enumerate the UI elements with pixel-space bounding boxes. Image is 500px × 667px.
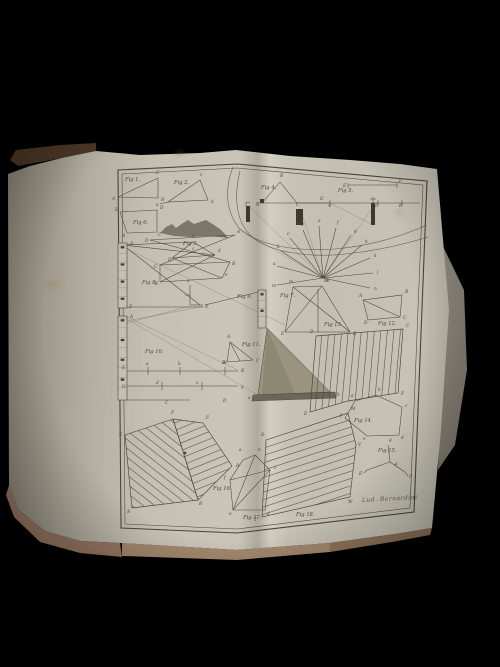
svg-text:c: c [200, 173, 203, 178]
svg-text:n: n [374, 287, 377, 292]
svg-text:f: f [336, 221, 340, 226]
svg-text:b: b [337, 393, 340, 398]
svg-text:e: e [229, 512, 232, 517]
svg-text:g: g [389, 438, 392, 443]
svg-text:Fig 10.: Fig 10. [144, 349, 164, 355]
svg-text:Fig 1.: Fig 1. [124, 177, 141, 183]
svg-text:m: m [289, 280, 293, 285]
svg-text:A: A [111, 197, 115, 202]
svg-text:d: d [218, 249, 221, 254]
svg-text:Fig 12.: Fig 12. [377, 321, 397, 327]
svg-text:Fig 7.: Fig 7. [279, 293, 296, 299]
svg-text:C: C [403, 316, 407, 321]
svg-text:A: A [358, 294, 362, 299]
svg-text:A: A [129, 242, 133, 247]
svg-text:C: C [158, 233, 162, 238]
svg-text:Fig 8.: Fig 8. [141, 280, 158, 286]
svg-text:d: d [156, 381, 159, 386]
svg-text:A: A [121, 234, 125, 239]
figure-fig11: ABCFig 11. [221, 335, 261, 366]
svg-text:Fig 17.: Fig 17. [242, 515, 262, 521]
figure-fig9: XxmMEBFig 9. [185, 279, 356, 337]
figure-fig17: abcdefFig 17. [223, 448, 277, 521]
svg-text:Fig 6.: Fig 6. [132, 220, 149, 226]
svg-text:y: y [240, 385, 244, 390]
figure-fig10: AEOabNdxByCDFig 10. [118, 306, 258, 406]
svg-text:l: l [377, 271, 379, 276]
svg-text:A: A [126, 510, 130, 515]
figure-fig8: AZCDdEeFig 8. [118, 235, 230, 310]
svg-text:b: b [178, 362, 181, 367]
svg-text:D: D [260, 433, 265, 438]
svg-text:A: A [226, 335, 230, 340]
svg-text:Fig 2.: Fig 2. [173, 180, 190, 186]
svg-text:E: E [280, 332, 285, 337]
svg-text:B: B [240, 369, 244, 374]
svg-text:B: B [198, 502, 202, 507]
svg-text:B: B [160, 198, 164, 203]
figure-fig12: ABCDFig 12. [358, 290, 408, 327]
svg-text:a: a [248, 396, 251, 401]
svg-text:d: d [301, 223, 304, 228]
svg-text:C: C [296, 203, 300, 208]
svg-text:C: C [406, 324, 410, 329]
svg-text:W: W [348, 500, 353, 505]
svg-text:f: f [223, 476, 227, 481]
svg-text:h: h [365, 240, 368, 245]
svg-text:c: c [405, 404, 408, 409]
svg-text:a: a [273, 262, 276, 267]
svg-text:e: e [318, 219, 321, 224]
svg-text:M: M [323, 279, 329, 284]
svg-text:Fig 4.: Fig 4. [260, 185, 277, 191]
svg-text:M: M [350, 407, 356, 412]
svg-text:E: E [118, 433, 123, 438]
svg-text:A: A [129, 315, 133, 320]
svg-text:m: m [272, 284, 276, 289]
figure-fig16: PFEABRFig 16. [90, 307, 358, 565]
svg-text:D: D [222, 399, 227, 404]
svg-text:D: D [309, 330, 314, 335]
figure-fig6: EDCAFig 6. [114, 206, 164, 239]
svg-text:a: a [156, 203, 159, 208]
foxing-spot [45, 281, 61, 288]
svg-text:a: a [239, 448, 242, 453]
svg-text:a: a [351, 394, 354, 399]
svg-text:Fig 15.: Fig 15. [377, 448, 397, 454]
svg-text:D: D [167, 258, 172, 263]
svg-text:B: B [221, 361, 225, 366]
svg-text:Fig 5.: Fig 5. [337, 188, 354, 194]
svg-text:F: F [408, 475, 413, 480]
svg-text:E: E [358, 472, 363, 477]
figure-fig18: DMVWTFig 18. [162, 327, 450, 565]
svg-text:d: d [401, 436, 404, 441]
svg-text:C: C [165, 401, 169, 406]
svg-text:A: A [236, 230, 240, 235]
svg-text:D: D [159, 206, 164, 211]
engraver-signature: Lud. Bernardini [361, 494, 418, 504]
svg-text:c: c [287, 232, 290, 237]
svg-text:Fig 13.: Fig 13. [323, 322, 343, 328]
svg-text:B: B [231, 262, 235, 267]
svg-text:C: C [154, 265, 158, 270]
svg-text:b: b [258, 448, 261, 453]
svg-text:D: D [144, 239, 149, 244]
figure-fig5: EFADBFig 5. [297, 179, 420, 209]
svg-text:E: E [303, 412, 308, 417]
svg-text:A: A [327, 204, 331, 209]
svg-text:Fig 14.: Fig 14. [353, 418, 373, 424]
svg-text:b: b [378, 388, 381, 393]
svg-text:F: F [400, 392, 405, 397]
svg-text:B: B [398, 204, 402, 209]
svg-text:k: k [374, 254, 377, 259]
svg-text:Fig 11.: Fig 11. [241, 342, 261, 348]
svg-text:X: X [204, 305, 209, 310]
svg-text:x: x [196, 381, 199, 386]
svg-text:C: C [156, 171, 160, 176]
figure-fig15: EFgaFig 15. [358, 438, 413, 480]
svg-text:V: V [358, 443, 362, 448]
svg-text:Z: Z [128, 305, 133, 310]
svg-text:b: b [211, 200, 214, 205]
svg-text:e: e [225, 273, 228, 278]
figure-pyramid: ab [248, 328, 340, 401]
svg-text:a: a [146, 362, 149, 367]
svg-text:D: D [363, 321, 368, 326]
svg-text:e: e [363, 437, 366, 442]
svg-text:g: g [354, 229, 357, 234]
figure-fig7: OabcdefghklmnFig 7. [272, 219, 379, 299]
svg-text:Fig 9.: Fig 9. [236, 294, 253, 300]
svg-text:B: B [279, 174, 283, 179]
svg-text:D: D [374, 204, 379, 209]
figure-fig2: acbFig 2. [156, 173, 214, 208]
svg-text:D: D [319, 197, 324, 202]
svg-text:b: b [277, 245, 280, 250]
svg-text:B: B [404, 290, 408, 295]
svg-text:x: x [187, 279, 190, 284]
figure-fig1: ACBFig 1. [111, 171, 164, 203]
svg-text:C: C [256, 359, 260, 364]
figure-fig3: DACBcFig 3. [144, 220, 240, 270]
svg-text:F: F [205, 416, 210, 421]
svg-text:Fig 18.: Fig 18. [295, 512, 315, 518]
svg-text:A: A [255, 203, 259, 208]
svg-text:a: a [395, 462, 398, 467]
svg-text:O: O [122, 385, 126, 390]
svg-text:P: P [170, 411, 174, 416]
plate-engraving: ACBFig 1.acbFig 2.DACBcFig 3.BACDFig 4.E… [90, 145, 450, 565]
svg-text:Fig 16.: Fig 16. [212, 486, 232, 492]
